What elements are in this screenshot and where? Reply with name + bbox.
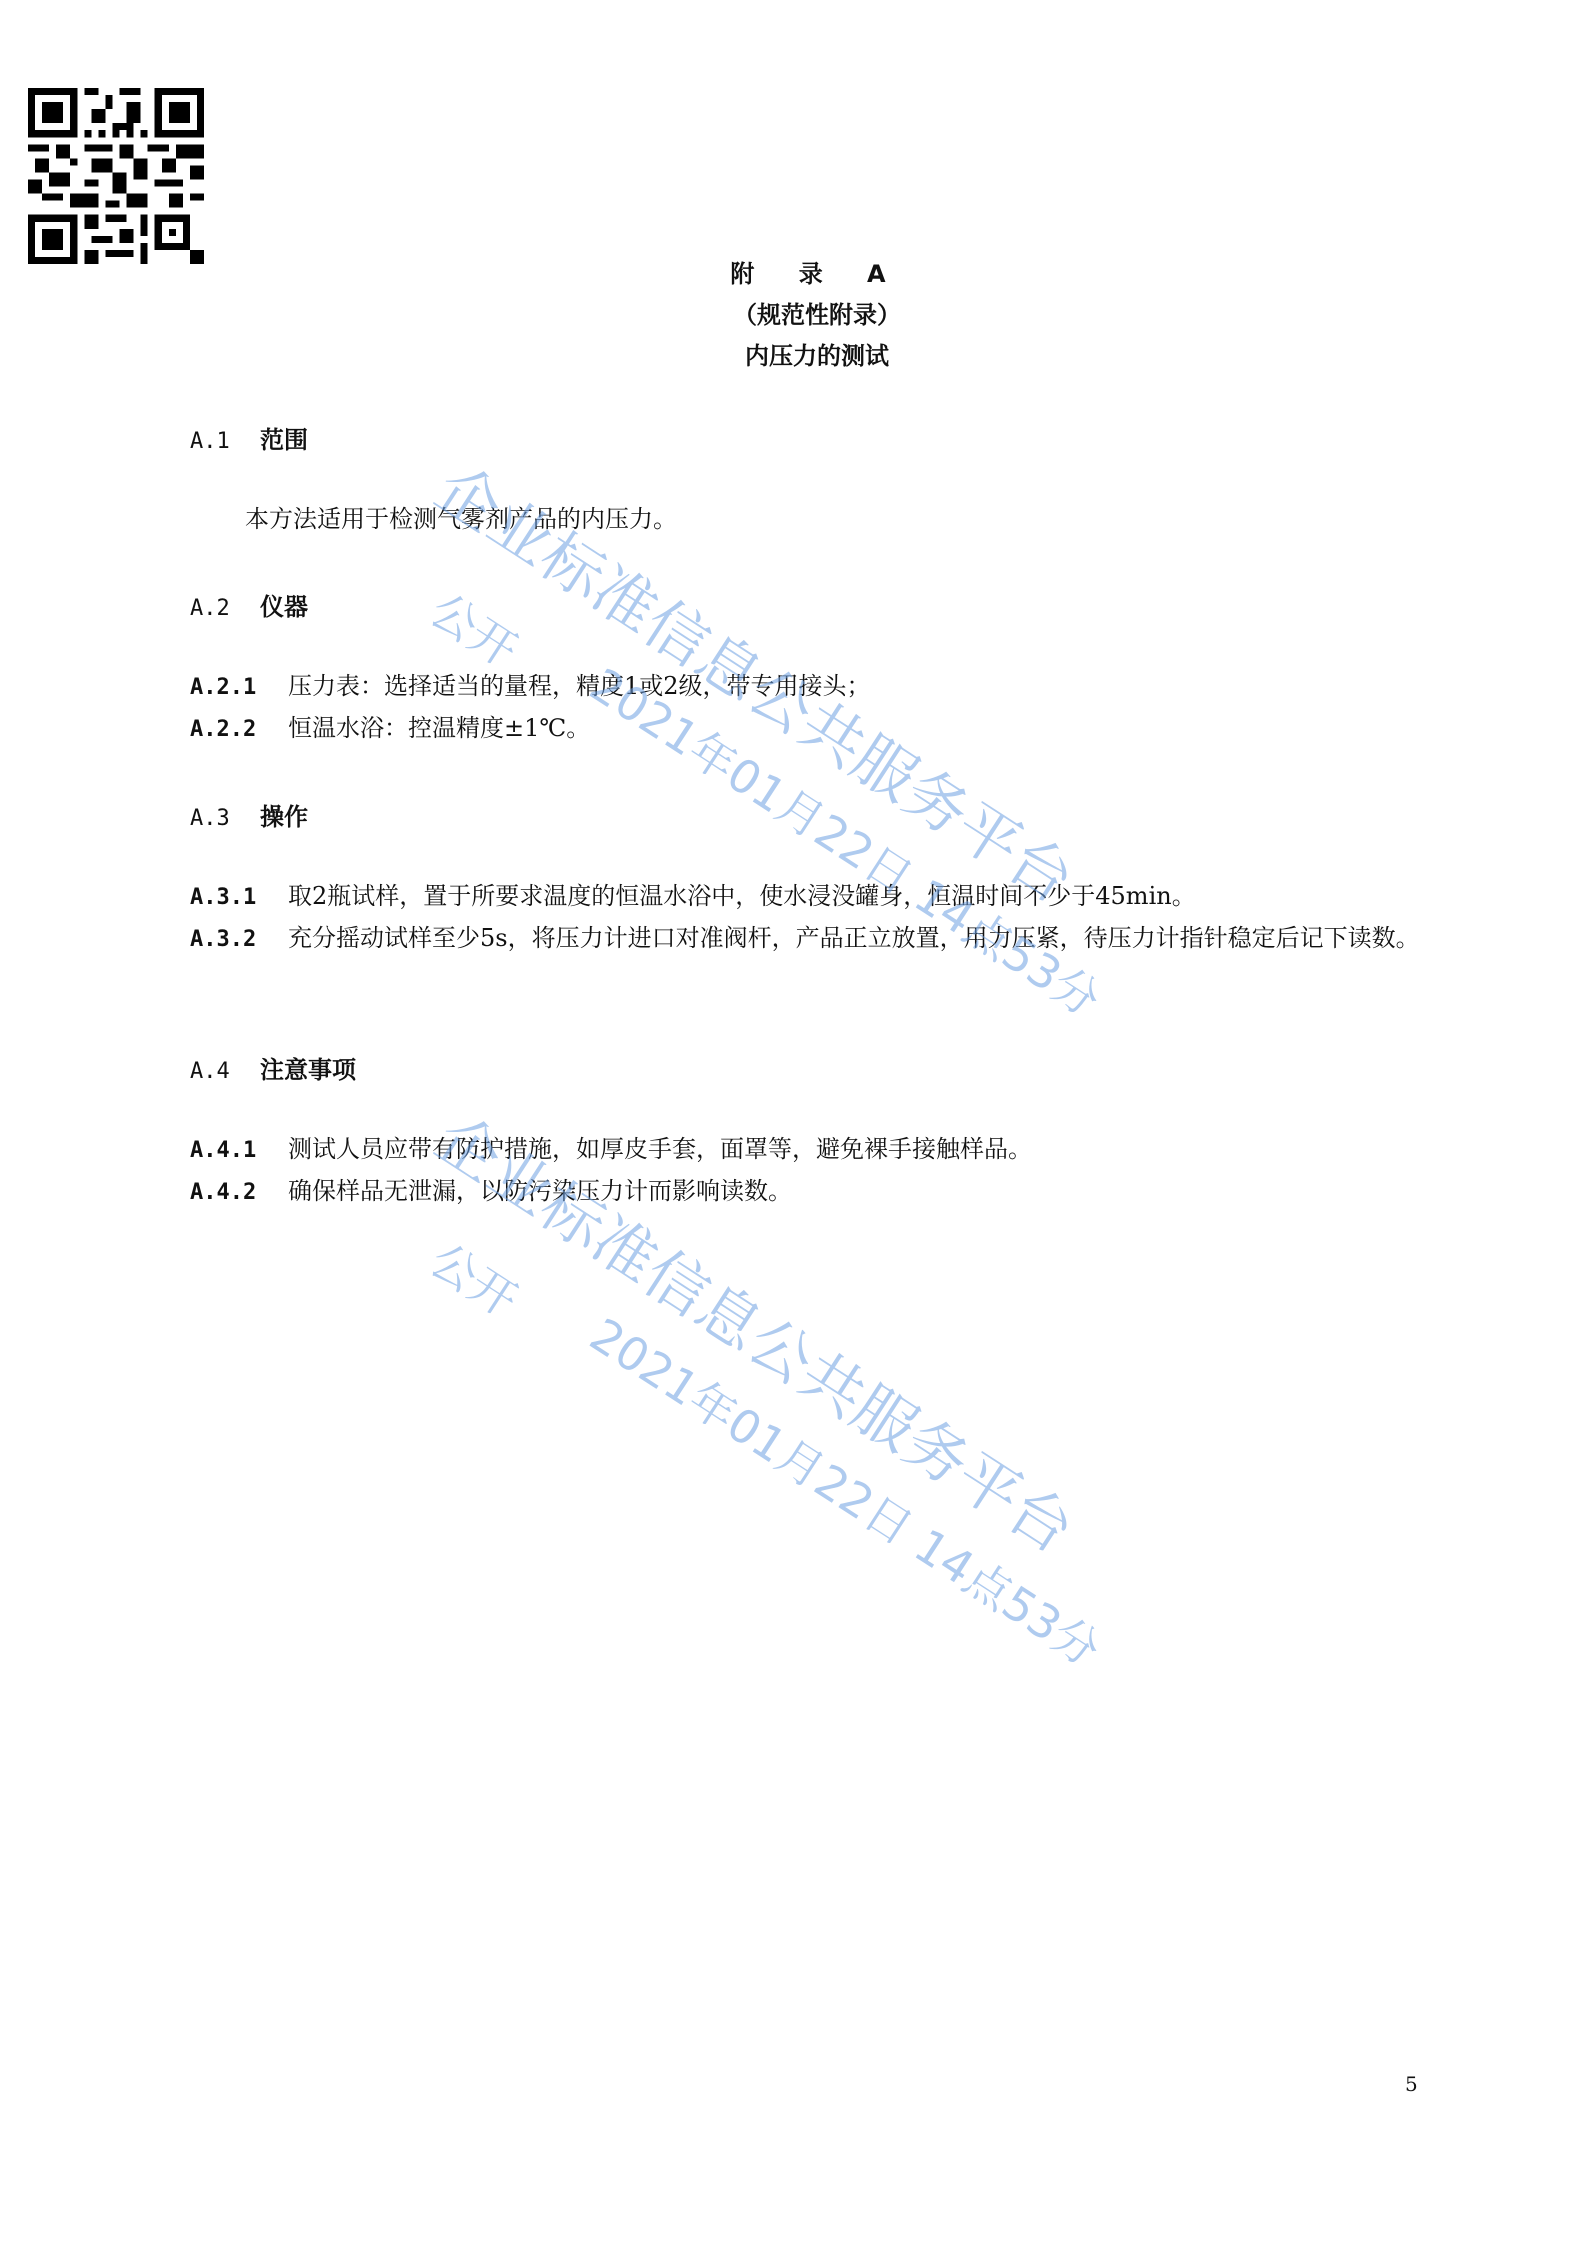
clause-text: 压力表：选择适当的量程，精度1或2级，带专用接头； [288,672,871,700]
appendix-label: 附 录 A [0,254,1588,289]
section-title: 仪器 [260,593,308,621]
clause-number: A.2.2 [190,709,288,751]
clause-text: 恒温水浴：控温精度±1℃。 [288,714,590,742]
watermark-public: 公开 [419,1225,532,1330]
clause-number: A.3.2 [190,919,288,961]
clause-a4-2: A.4.2确保样品无泄漏，以防污染压力计而影响读数。 [190,1170,792,1214]
section-heading-a1: A.1范围 [190,420,308,455]
section-number: A.4 [190,1059,260,1084]
appendix-type: （规范性附录） [0,295,1588,330]
appendix-title: 内压力的测试 [0,336,1588,371]
section-title: 范围 [260,426,308,454]
clause-text: 测试人员应带有防护措施，如厚皮手套，面罩等，避免裸手接触样品。 [288,1135,1032,1163]
section-number: A.2 [190,596,260,621]
qr-code-icon [28,88,204,264]
clause-a3-2: A.3.2充分摇动试样至少5s，将压力计进口对准阀杆，产品正立放置，用力压紧，待… [190,917,1455,961]
clause-number: A.2.1 [190,667,288,709]
clause-a2-2: A.2.2恒温水浴：控温精度±1℃。 [190,707,590,751]
clause-number: A.4.1 [190,1130,288,1172]
section-title: 注意事项 [260,1056,356,1084]
section-number: A.1 [190,429,260,454]
clause-text: 充分摇动试样至少5s，将压力计进口对准阀杆，产品正立放置，用力压紧，待压力计指针… [288,924,1420,952]
clause-text: 确保样品无泄漏，以防污染压力计而影响读数。 [288,1177,792,1205]
watermark-timestamp: 2021年01月22日 14点53分 [579,1300,1115,1680]
clause-number: A.4.2 [190,1172,288,1214]
clause-number: A.3.1 [190,877,288,919]
clause-a4-1: A.4.1测试人员应带有防护措施，如厚皮手套，面罩等，避免裸手接触样品。 [190,1128,1032,1172]
section-title: 操作 [260,803,308,831]
section-number: A.3 [190,806,260,831]
section-heading-a2: A.2仪器 [190,587,308,622]
section-heading-a3: A.3操作 [190,797,308,832]
page-number: 5 [1405,2072,1418,2096]
clause-a2-1: A.2.1压力表：选择适当的量程，精度1或2级，带专用接头； [190,665,871,709]
section-a1-body: 本方法适用于检测气雾剂产品的内压力。 [245,498,677,540]
clause-a3-1: A.3.1取2瓶试样，置于所要求温度的恒温水浴中，使水浸没罐身，恒温时间不少于4… [190,875,1455,919]
clause-text: 取2瓶试样，置于所要求温度的恒温水浴中，使水浸没罐身，恒温时间不少于45min。 [288,882,1196,910]
section-heading-a4: A.4注意事项 [190,1050,356,1085]
